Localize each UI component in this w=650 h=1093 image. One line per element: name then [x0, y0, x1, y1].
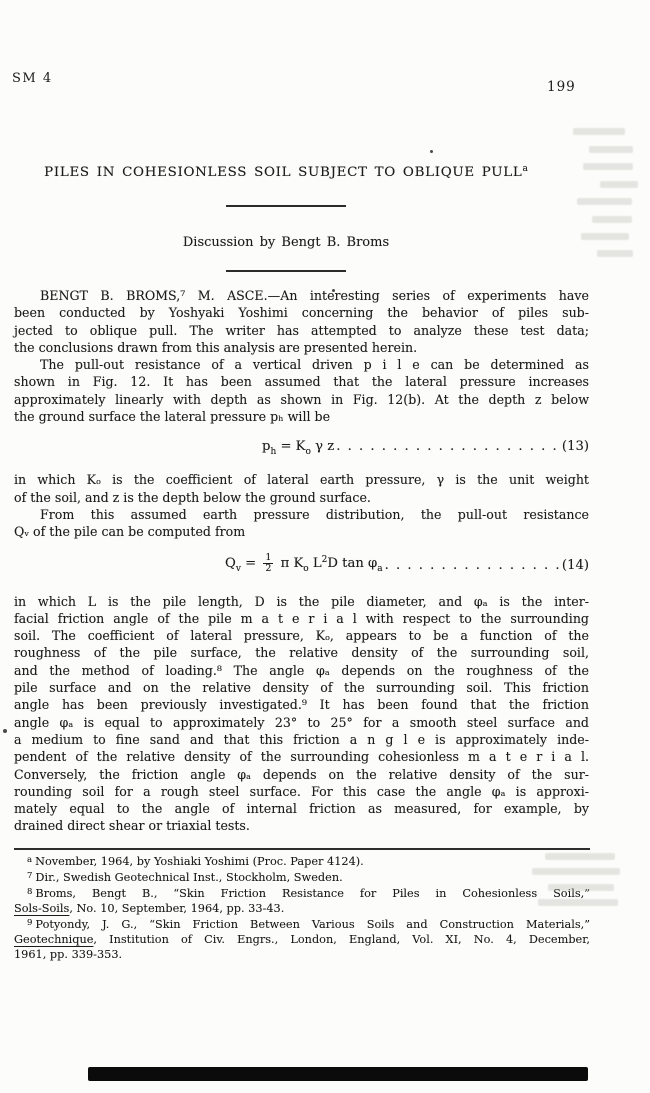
body-line: The pull-out resistance of a vertical dr…: [14, 356, 589, 373]
equation-14: Qv = 12 π Ko L2D tan φa . . . . . . . . …: [14, 551, 589, 581]
footnote-text: November, 1964, by Yoshiaki Yoshimi (Pro…: [35, 855, 364, 868]
footnote-8-line-1: 8Broms, Bengt B., “Skin Friction Resista…: [14, 885, 590, 901]
body-line: of the soil, and z is the depth below th…: [14, 489, 589, 506]
scan-artifact: [600, 181, 638, 188]
equation-term: =: [241, 556, 260, 571]
dot-leader: . . . . . . . . . . . . . . . . . . . . …: [385, 557, 560, 574]
equation-term: γ z: [311, 439, 334, 454]
footnote-8-line-2: Sols-Soils, No. 10, September, 1964, pp.…: [14, 901, 590, 916]
body-line: Conversely, the friction angle φₐ depend…: [14, 766, 589, 783]
fraction-denominator: 2: [265, 564, 271, 574]
equation-13: ph = Ko γ z . . . . . . . . . . . . . . …: [14, 438, 589, 458]
equation-term: Q: [225, 556, 236, 571]
scan-artifact: [592, 216, 632, 223]
equation-term: = K: [276, 439, 305, 454]
fraction-one-half: 12: [263, 553, 273, 574]
scan-speck: [332, 289, 335, 292]
body-line: and the method of loading.⁸ The angle φₐ…: [14, 662, 589, 679]
equation-subscript: a: [377, 564, 382, 574]
footnote-9-line-3: 1961, pp. 339-353.: [14, 947, 590, 962]
equation-number: (14): [562, 557, 589, 574]
body-line: rounding soil for a rough steel surface.…: [14, 783, 589, 800]
body-line: facial friction angle of the pile m a t …: [14, 610, 589, 627]
body-line: BENGT B. BROMS,⁷ M. ASCE.—An interesting…: [14, 287, 589, 304]
equation-14-expression: Qv = 12 π Ko L2D tan φa: [225, 552, 383, 578]
article-title-text: PILES IN COHESIONLESS SOIL SUBJECT TO OB…: [44, 165, 522, 180]
footnote-text: , No. 10, September, 1964, pp. 33-43.: [69, 902, 284, 915]
underlined-journal-name: Sols-Soils: [14, 902, 69, 915]
body-line: angle φₐ is equal to approximately 23° t…: [14, 714, 589, 731]
dot-leader: . . . . . . . . . . . . . . . . . . . . …: [336, 438, 560, 455]
scan-edge-bar: [88, 1067, 588, 1081]
body-line: in which Kₒ is the coefficient of latera…: [14, 471, 589, 488]
body-line: mately equal to the angle of internal fr…: [14, 800, 589, 817]
footnote-9-line-1: 9Potyondy, J. G., “Skin Friction Between…: [14, 916, 590, 932]
body-line: a medium to fine sand and that this fric…: [14, 731, 589, 748]
body-line: pendent of the relative density of the s…: [14, 748, 589, 765]
footnote-marker: 8: [27, 887, 32, 897]
scanned-document-page: SM 4 199 PILES IN COHESIONLESS SOIL SUBJ…: [0, 0, 650, 1093]
page-number: 199: [547, 79, 576, 95]
equation-term: D tan φ: [327, 556, 377, 571]
footnote-marker: 7: [27, 871, 32, 881]
body-line: the ground surface the lateral pressure …: [14, 408, 589, 425]
footnote-marker: 9: [27, 918, 32, 928]
scan-artifact: [548, 884, 614, 891]
footnote-text: Dir., Swedish Geotechnical Inst., Stockh…: [35, 871, 342, 884]
footnote-separator-rule: [14, 848, 590, 850]
scan-artifact: [545, 853, 615, 860]
body-line: been conducted by Yoshyaki Yoshimi conce…: [14, 304, 589, 321]
footnote-text: Potyondy, J. G., “Skin Friction Between …: [35, 918, 590, 931]
equation-term: π K: [276, 556, 303, 571]
scan-artifact: [583, 163, 633, 170]
body-line: jected to oblique pull. The writer has a…: [14, 322, 589, 339]
footnote-a: aNovember, 1964, by Yoshiaki Yoshimi (Pr…: [14, 853, 590, 869]
underlined-journal-name: Geotechnique: [14, 933, 93, 946]
scan-artifact: [581, 233, 629, 240]
body-line: pile surface and on the relative density…: [14, 679, 589, 696]
body-line: From this assumed earth pressure distrib…: [14, 506, 589, 523]
body-line: shown in Fig. 12. It has been assumed th…: [14, 373, 589, 390]
title-footnote-marker: a: [522, 164, 527, 174]
body-line: soil. The coefficient of lateral pressur…: [14, 627, 589, 644]
equation-number: (13): [562, 438, 589, 455]
footnote-9-line-2: Geotechnique, Institution of Civ. Engrs.…: [14, 932, 590, 947]
footnote-marker: a: [27, 855, 32, 865]
body-line: angle has been previously investigated.⁹…: [14, 696, 589, 713]
scan-speck: [3, 729, 7, 733]
divider-rule-top: [226, 205, 346, 207]
equation-13-expression: ph = Ko γ z: [262, 438, 334, 461]
footnote-7: 7Dir., Swedish Geotechnical Inst., Stock…: [14, 869, 590, 885]
footnote-text: , Institution of Civ. Engrs., London, En…: [93, 933, 590, 946]
footnote-text: 1961, pp. 339-353.: [14, 948, 122, 961]
article-title: PILES IN COHESIONLESS SOIL SUBJECT TO OB…: [8, 164, 564, 180]
body-line: Qᵥ of the pile can be computed from: [14, 523, 589, 540]
scan-artifact: [538, 899, 618, 906]
divider-rule-bottom: [226, 270, 346, 272]
scan-artifact: [573, 128, 625, 135]
scan-artifact: [597, 250, 633, 257]
footnote-text: Broms, Bengt B., “Skin Friction Resistan…: [35, 887, 590, 900]
scan-artifact: [577, 198, 632, 205]
journal-section-label: SM 4: [12, 71, 53, 86]
discussion-byline: Discussion by Bengt B. Broms: [8, 235, 564, 250]
scan-artifact: [532, 868, 620, 875]
body-line: the conclusions drawn from this analysis…: [14, 339, 589, 356]
body-line: in which L is the pile length, D is the …: [14, 593, 589, 610]
scan-speck: [430, 150, 433, 153]
body-line: roughness of the pile surface, the relat…: [14, 644, 589, 661]
article-body: BENGT B. BROMS,⁷ M. ASCE.—An interesting…: [14, 287, 589, 835]
scan-artifact: [589, 146, 633, 153]
body-line: approximately linearly with depth as sho…: [14, 391, 589, 408]
footnotes: aNovember, 1964, by Yoshiaki Yoshimi (Pr…: [14, 853, 590, 962]
equation-term: L: [309, 556, 322, 571]
body-line: drained direct shear or triaxial tests.: [14, 817, 589, 834]
